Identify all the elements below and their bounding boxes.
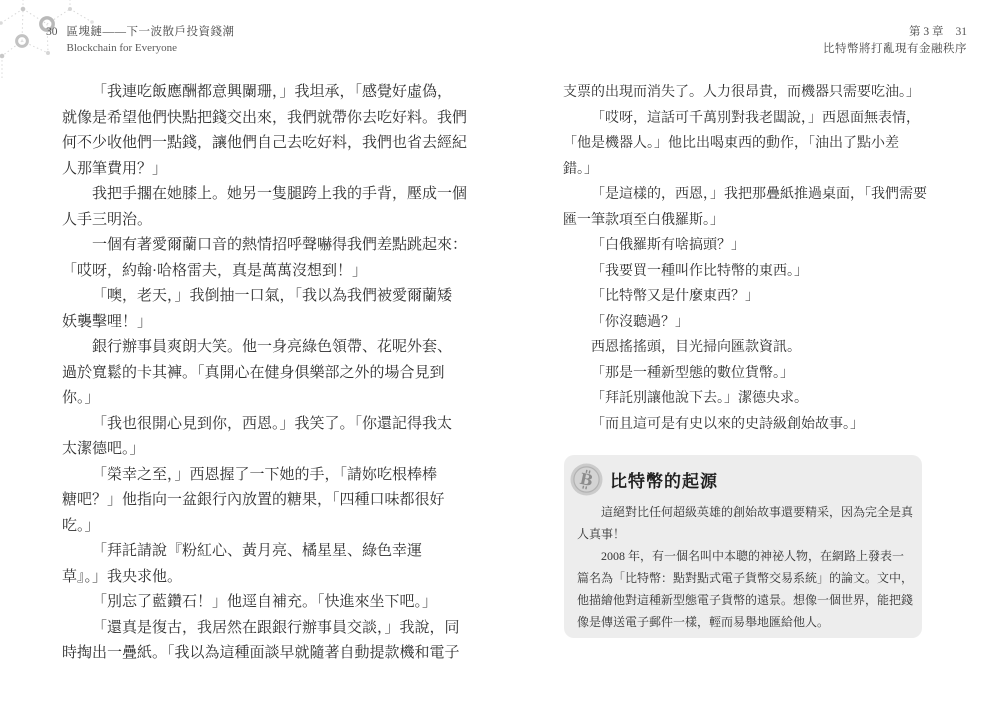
book-title: 區塊鏈——下一波散戶投資錢潮 (67, 25, 235, 39)
text-line: 「噢，老天，」我倒抽一口氣，「我以為我們被愛爾蘭矮 (62, 284, 467, 310)
text-line: 支票的出現而消失了。人力很昂貴，而機器只需要吃油。」 (563, 80, 927, 106)
text-line: 匯一筆款項至白俄羅斯。」 (563, 208, 927, 234)
text-line: 2008 年，有一個名叫中本聰的神祕人物，在網路上發表一 (577, 545, 908, 567)
text-line: 這絕對比任何超級英雄的創始故事還要精采，因為完全是真 (577, 501, 908, 523)
text-line: 「還真是復古，我居然在跟銀行辦事員交談，」我說，同 (62, 616, 467, 642)
text-line: 吃。」 (62, 514, 467, 540)
text-line: 太潔德吧。」 (62, 437, 467, 463)
right-page-number: 31 (956, 26, 968, 38)
origin-box-title: 比特幣的起源 (610, 467, 718, 492)
text-line: 過於寬鬆的卡其褲。「真開心在健身俱樂部之外的場合見到 (62, 361, 467, 387)
text-line: 錯。」 (563, 157, 927, 183)
text-line: 「他是機器人。」他比出喝東西的動作，「油出了點小差 (563, 131, 927, 157)
left-page-text: 「我連吃飯應酬都意興闌珊，」我坦承，「感覺好虛偽，就像是希望他們快點把錢交出來，… (62, 80, 467, 667)
text-line: 何不少收他們一點錢，讓他們自己去吃好料，我們也省去經紀 (62, 131, 467, 157)
right-page-text: 支票的出現而消失了。人力很昂貴，而機器只需要吃油。」「哎呀，這話可千萬別對我老闆… (563, 80, 927, 437)
text-line: 「我連吃飯應酬都意興闌珊，」我坦承，「感覺好虛偽， (62, 80, 467, 106)
book-subtitle: Blockchain for Everyone (67, 41, 235, 56)
text-line: 「白俄羅斯有啥搞頭？」 (563, 233, 927, 259)
text-line: 「你沒聽過？」 (563, 310, 927, 336)
text-line: 「哎呀，這話可千萬別對我老闆說，」西恩面無表情， (563, 106, 927, 132)
text-line: 「而且這可是有史以來的史詩級創始故事。」 (563, 412, 927, 438)
text-line: 「我也很開心見到你，西恩。」我笑了。「你還記得我太 (62, 412, 467, 438)
text-line: 「拜託請說『粉紅心、黃月亮、橘星星、綠色幸運 (62, 539, 467, 565)
bitcoin-origin-box: B 比特幣的起源 這絕對比任何超級英雄的創始故事還要精采，因為完全是真人真事！2… (564, 455, 922, 638)
text-line: 「比特幣又是什麼東西？」 (563, 284, 927, 310)
text-line: 「榮幸之至，」西恩握了一下她的手，「請妳吃根棒棒 (62, 463, 467, 489)
left-page-number: 30 (46, 25, 58, 39)
text-line: 「別忘了藍鑽石！」他逕自補充。「快進來坐下吧。」 (62, 590, 467, 616)
text-line: 「拜託別讓他說下去。」潔德央求。 (563, 386, 927, 412)
text-line: 人真事！ (577, 523, 908, 545)
chapter-label: 第 3 章 (909, 26, 944, 38)
text-line: 時掏出一疊紙。「我以為這種面談早就隨著自動提款機和電子 (62, 641, 467, 667)
text-line: 「那是一種新型態的數位貨幣。」 (563, 361, 927, 387)
chapter-title: 比特幣將打亂現有金融秩序 (823, 42, 967, 57)
text-line: 人那筆費用？」 (62, 157, 467, 183)
origin-box-header: B 比特幣的起源 (564, 455, 922, 496)
text-line: 我把手擱在她膝上。她另一隻腿跨上我的手背，壓成一個 (62, 182, 467, 208)
bitcoin-coin-icon: B (570, 463, 603, 496)
text-line: 糖吧？」他指向一盆銀行內放置的糖果，「四種口味都很好 (62, 488, 467, 514)
text-line: 像是傳送電子郵件一樣，輕而易舉地匯給他人。 (577, 611, 908, 633)
text-line: 草』。」我央求他。 (62, 565, 467, 591)
text-line: 一個有著愛爾蘭口音的熱情招呼聲嚇得我們差點跳起來： (62, 233, 467, 259)
left-page-header: 30 區塊鏈——下一波散戶投資錢潮 Blockchain for Everyon… (46, 25, 235, 56)
text-line: 妖襲擊哩！」 (62, 310, 467, 336)
right-page-header: 第 3 章31 比特幣將打亂現有金融秩序 (823, 25, 967, 57)
text-line: 「是這樣的，西恩，」我把那疊紙推過桌面，「我們需要 (563, 182, 927, 208)
origin-box-text: 這絕對比任何超級英雄的創始故事還要精采，因為完全是真人真事！2008 年，有一個… (577, 501, 908, 633)
text-line: 「哎呀，約翰·哈格雷夫，真是萬萬沒想到！」 (62, 259, 467, 285)
text-line: 人手三明治。 (62, 208, 467, 234)
text-line: 篇名為「比特幣：點對點式電子貨幣交易系統」的論文。文中， (577, 567, 908, 589)
text-line: 西恩搖搖頭，目光掃向匯款資訊。 (563, 335, 927, 361)
text-line: 他描繪他對這種新型態電子貨幣的遠景。想像一個世界，能把錢 (577, 589, 908, 611)
text-line: 銀行辦事員爽朗大笑。他一身亮綠色領帶、花呢外套、 (62, 335, 467, 361)
text-line: 就像是希望他們快點把錢交出來，我們就帶你去吃好料。我們 (62, 106, 467, 132)
text-line: 「我要買一種叫作比特幣的東西。」 (563, 259, 927, 285)
text-line: 你。」 (62, 386, 467, 412)
book-spread: 30 區塊鏈——下一波散戶投資錢潮 Blockchain for Everyon… (0, 0, 1000, 707)
